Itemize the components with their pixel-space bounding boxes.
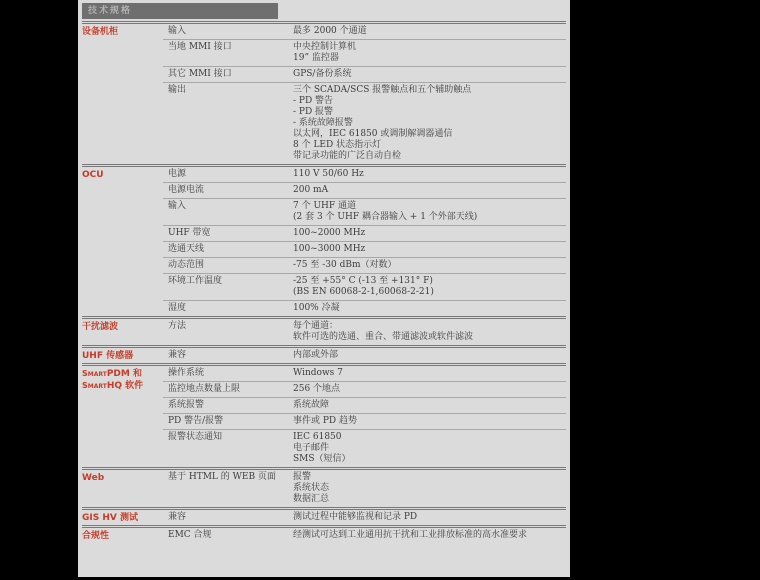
section-rows: EMC 合规经测试可达到工业通用抗干扰和工业排放标准的高水准要求: [163, 528, 566, 543]
param-cell: 电源: [163, 167, 293, 182]
value-cell: GPS/备份系统: [293, 67, 566, 82]
param-cell: 其它 MMI 接口: [163, 67, 293, 82]
section-rows: 电源110 V 50/60 Hz电源电流200 mA输入7 个 UHF 通道(2…: [163, 167, 566, 316]
section-label-line: 合规性: [82, 530, 163, 542]
spec-row: 兼容测试过程中能够监视和记录 PD: [163, 510, 566, 525]
param-cell: EMC 合规: [163, 528, 293, 543]
value-cell: IEC 61850电子邮件SMS（短信）: [293, 430, 566, 467]
value-line: GPS/备份系统: [293, 69, 566, 80]
spec-sheet-panel: 技术规格 设备机柜输入最多 2000 个通道当地 MMI 接口中央控制计算机19…: [78, 0, 570, 577]
section-rows: 方法每个通道：软件可选的选通、重合、带通滤波或软件滤波: [163, 319, 566, 345]
value-cell: 100% 冷凝: [293, 301, 566, 316]
value-line: -25 至 +55° C (-13 至 +131° F): [293, 276, 566, 287]
param-cell: UHF 带宽: [163, 226, 293, 241]
spec-row: 基于 HTML 的 WEB 页面报警系统状态数据汇总: [163, 470, 566, 507]
value-cell: 最多 2000 个通道: [293, 24, 566, 39]
section-label-text: UHF 传感器: [82, 351, 133, 361]
param-cell: 输入: [163, 199, 293, 225]
value-line: 系统故障: [293, 400, 566, 411]
spec-row: 输出三个 SCADA/SCS 报警触点和五个辅助触点- PD 警告- PD 报警…: [163, 82, 566, 164]
spec-row: 湿度100% 冷凝: [163, 300, 566, 316]
value-cell: 内部或外部: [293, 348, 566, 363]
value-cell: 系统故障: [293, 398, 566, 413]
spec-row: 报警状态通知IEC 61850电子邮件SMS（短信）: [163, 429, 566, 467]
spec-row: 输入7 个 UHF 通道(2 套 3 个 UHF 耦合器输入 + 1 个外部天线…: [163, 198, 566, 225]
spec-row: 电源110 V 50/60 Hz: [163, 167, 566, 182]
section-label-text: 干扰滤波: [82, 322, 118, 332]
value-line: 报警: [293, 472, 566, 483]
value-line: 以太网，IEC 61850 或调制解调器通信: [293, 129, 566, 140]
spec-row: 系统报警系统故障: [163, 397, 566, 413]
section-label: 合规性: [82, 528, 163, 543]
value-cell: 200 mA: [293, 183, 566, 198]
section-label-line: OCU: [82, 169, 163, 181]
param-cell: 兼容: [163, 348, 293, 363]
value-line: 电子邮件: [293, 443, 566, 454]
section-label-text: OCU: [82, 170, 104, 180]
param-cell: 环境工作温度: [163, 274, 293, 300]
value-cell: 事件或 PD 趋势: [293, 414, 566, 429]
section-label-text: GIS HV 测试: [82, 513, 138, 523]
param-cell: 兼容: [163, 510, 293, 525]
spec-row: 监控地点数量上限256 个地点: [163, 381, 566, 397]
section-label: OCU: [82, 167, 163, 316]
section-label-line: SmartHQ 软件: [82, 380, 163, 392]
value-cell: Windows 7: [293, 366, 566, 381]
value-line: 每个通道：: [293, 321, 566, 332]
param-cell: 电源电流: [163, 183, 293, 198]
section-label: 设备机柜: [82, 24, 163, 164]
value-line: 200 mA: [293, 185, 566, 196]
section-header-bar: 技术规格: [82, 3, 278, 19]
param-cell: 输入: [163, 24, 293, 39]
value-cell: 7 个 UHF 通道(2 套 3 个 UHF 耦合器输入 + 1 个外部天线): [293, 199, 566, 225]
spec-row: EMC 合规经测试可达到工业通用抗干扰和工业排放标准的高水准要求: [163, 528, 566, 543]
section-label: UHF 传感器: [82, 348, 163, 363]
brand-prefix: Smart: [82, 381, 107, 390]
param-cell: 基于 HTML 的 WEB 页面: [163, 470, 293, 507]
value-line: 三个 SCADA/SCS 报警触点和五个辅助触点: [293, 85, 566, 96]
value-line: 100% 冷凝: [293, 303, 566, 314]
brand-prefix: Smart: [82, 369, 107, 378]
section-rows: 兼容测试过程中能够监视和记录 PD: [163, 510, 566, 525]
section-rows: 操作系统Windows 7监控地点数量上限256 个地点系统报警系统故障PD 警…: [163, 366, 566, 467]
param-cell: 动态范围: [163, 258, 293, 273]
value-cell: 每个通道：软件可选的选通、重合、带通滤波或软件滤波: [293, 319, 566, 345]
spec-row: 操作系统Windows 7: [163, 366, 566, 381]
spec-table: 设备机柜输入最多 2000 个通道当地 MMI 接口中央控制计算机19” 监控器…: [82, 21, 566, 543]
spec-row: PD 警告/报警事件或 PD 趋势: [163, 413, 566, 429]
value-line: 系统状态: [293, 483, 566, 494]
value-line: 256 个地点: [293, 384, 566, 395]
value-line: IEC 61850: [293, 432, 566, 443]
spec-row: 兼容内部或外部: [163, 348, 566, 363]
param-cell: 操作系统: [163, 366, 293, 381]
value-cell: 三个 SCADA/SCS 报警触点和五个辅助触点- PD 警告- PD 报警- …: [293, 83, 566, 164]
spec-section: 设备机柜输入最多 2000 个通道当地 MMI 接口中央控制计算机19” 监控器…: [82, 24, 566, 164]
value-line: -75 至 -30 dBm（对数）: [293, 260, 566, 271]
value-line: 19” 监控器: [293, 53, 566, 64]
section-label-text: Web: [82, 473, 104, 483]
param-cell: 选通天线: [163, 242, 293, 257]
value-cell: 110 V 50/60 Hz: [293, 167, 566, 182]
spec-row: 动态范围-75 至 -30 dBm（对数）: [163, 257, 566, 273]
spec-row: 选通天线100~3000 MHz: [163, 241, 566, 257]
spec-row: 方法每个通道：软件可选的选通、重合、带通滤波或软件滤波: [163, 319, 566, 345]
param-cell: 系统报警: [163, 398, 293, 413]
value-cell: 测试过程中能够监视和记录 PD: [293, 510, 566, 525]
value-line: 8 个 LED 状态指示灯: [293, 140, 566, 151]
param-cell: 方法: [163, 319, 293, 345]
value-line: (2 套 3 个 UHF 耦合器输入 + 1 个外部天线): [293, 212, 566, 223]
section-label-text: 设备机柜: [82, 27, 118, 37]
value-line: 内部或外部: [293, 350, 566, 361]
section-label-line: UHF 传感器: [82, 350, 163, 362]
section-label-text: HQ 软件: [107, 381, 143, 391]
spec-section: GIS HV 测试兼容测试过程中能够监视和记录 PD: [82, 507, 566, 525]
value-line: 最多 2000 个通道: [293, 26, 566, 37]
section-label-line: GIS HV 测试: [82, 512, 163, 524]
section-label-line: SmartPDM 和: [82, 368, 163, 380]
section-label-line: 设备机柜: [82, 26, 163, 38]
value-cell: 报警系统状态数据汇总: [293, 470, 566, 507]
value-cell: 256 个地点: [293, 382, 566, 397]
section-rows: 兼容内部或外部: [163, 348, 566, 363]
page-background: 技术规格 设备机柜输入最多 2000 个通道当地 MMI 接口中央控制计算机19…: [0, 0, 760, 580]
spec-section: 干扰滤波方法每个通道：软件可选的选通、重合、带通滤波或软件滤波: [82, 316, 566, 345]
value-line: 100~2000 MHz: [293, 228, 566, 239]
spec-row: 电源电流200 mA: [163, 182, 566, 198]
value-cell: 100~2000 MHz: [293, 226, 566, 241]
value-line: - PD 警告: [293, 96, 566, 107]
value-line: 110 V 50/60 Hz: [293, 169, 566, 180]
section-label: Web: [82, 470, 163, 507]
section-rows: 基于 HTML 的 WEB 页面报警系统状态数据汇总: [163, 470, 566, 507]
value-line: 带记录功能的广泛自动自检: [293, 151, 566, 162]
value-line: 7 个 UHF 通道: [293, 201, 566, 212]
value-line: 软件可选的选通、重合、带通滤波或软件滤波: [293, 332, 566, 343]
param-cell: 湿度: [163, 301, 293, 316]
value-cell: 100~3000 MHz: [293, 242, 566, 257]
value-line: 数据汇总: [293, 494, 566, 505]
param-cell: PD 警告/报警: [163, 414, 293, 429]
value-line: 事件或 PD 趋势: [293, 416, 566, 427]
spec-row: 当地 MMI 接口中央控制计算机19” 监控器: [163, 39, 566, 66]
param-cell: 输出: [163, 83, 293, 164]
value-cell: 中央控制计算机19” 监控器: [293, 40, 566, 66]
value-line: - PD 报警: [293, 107, 566, 118]
value-line: - 系统故障报警: [293, 118, 566, 129]
param-cell: 当地 MMI 接口: [163, 40, 293, 66]
section-label-text: 合规性: [82, 531, 109, 541]
spec-row: 输入最多 2000 个通道: [163, 24, 566, 39]
spec-row: 环境工作温度-25 至 +55° C (-13 至 +131° F)(BS EN…: [163, 273, 566, 300]
value-line: 100~3000 MHz: [293, 244, 566, 255]
section-label-line: 干扰滤波: [82, 321, 163, 333]
value-line: SMS（短信）: [293, 454, 566, 465]
value-line: (BS EN 60068-2-1,60068-2-21): [293, 287, 566, 298]
spec-row: UHF 带宽100~2000 MHz: [163, 225, 566, 241]
spec-section: UHF 传感器兼容内部或外部: [82, 345, 566, 363]
section-label-line: Web: [82, 472, 163, 484]
page-title: 技术规格: [88, 6, 132, 16]
section-rows: 输入最多 2000 个通道当地 MMI 接口中央控制计算机19” 监控器其它 M…: [163, 24, 566, 164]
value-cell: 经测试可达到工业通用抗干扰和工业排放标准的高水准要求: [293, 528, 566, 543]
spec-section: SmartPDM 和SmartHQ 软件操作系统Windows 7监控地点数量上…: [82, 363, 566, 467]
spec-row: 其它 MMI 接口GPS/备份系统: [163, 66, 566, 82]
param-cell: 报警状态通知: [163, 430, 293, 467]
value-line: 测试过程中能够监视和记录 PD: [293, 512, 566, 523]
spec-section: Web基于 HTML 的 WEB 页面报警系统状态数据汇总: [82, 467, 566, 507]
value-line: Windows 7: [293, 368, 566, 379]
param-cell: 监控地点数量上限: [163, 382, 293, 397]
spec-section: 合规性EMC 合规经测试可达到工业通用抗干扰和工业排放标准的高水准要求: [82, 525, 566, 543]
value-line: 经测试可达到工业通用抗干扰和工业排放标准的高水准要求: [293, 530, 566, 541]
value-cell: -25 至 +55° C (-13 至 +131° F)(BS EN 60068…: [293, 274, 566, 300]
section-label: GIS HV 测试: [82, 510, 163, 525]
spec-section: OCU电源110 V 50/60 Hz电源电流200 mA输入7 个 UHF 通…: [82, 164, 566, 316]
section-label: 干扰滤波: [82, 319, 163, 345]
value-cell: -75 至 -30 dBm（对数）: [293, 258, 566, 273]
section-label: SmartPDM 和SmartHQ 软件: [82, 366, 163, 467]
value-line: 中央控制计算机: [293, 42, 566, 53]
section-label-text: PDM 和: [107, 369, 142, 379]
